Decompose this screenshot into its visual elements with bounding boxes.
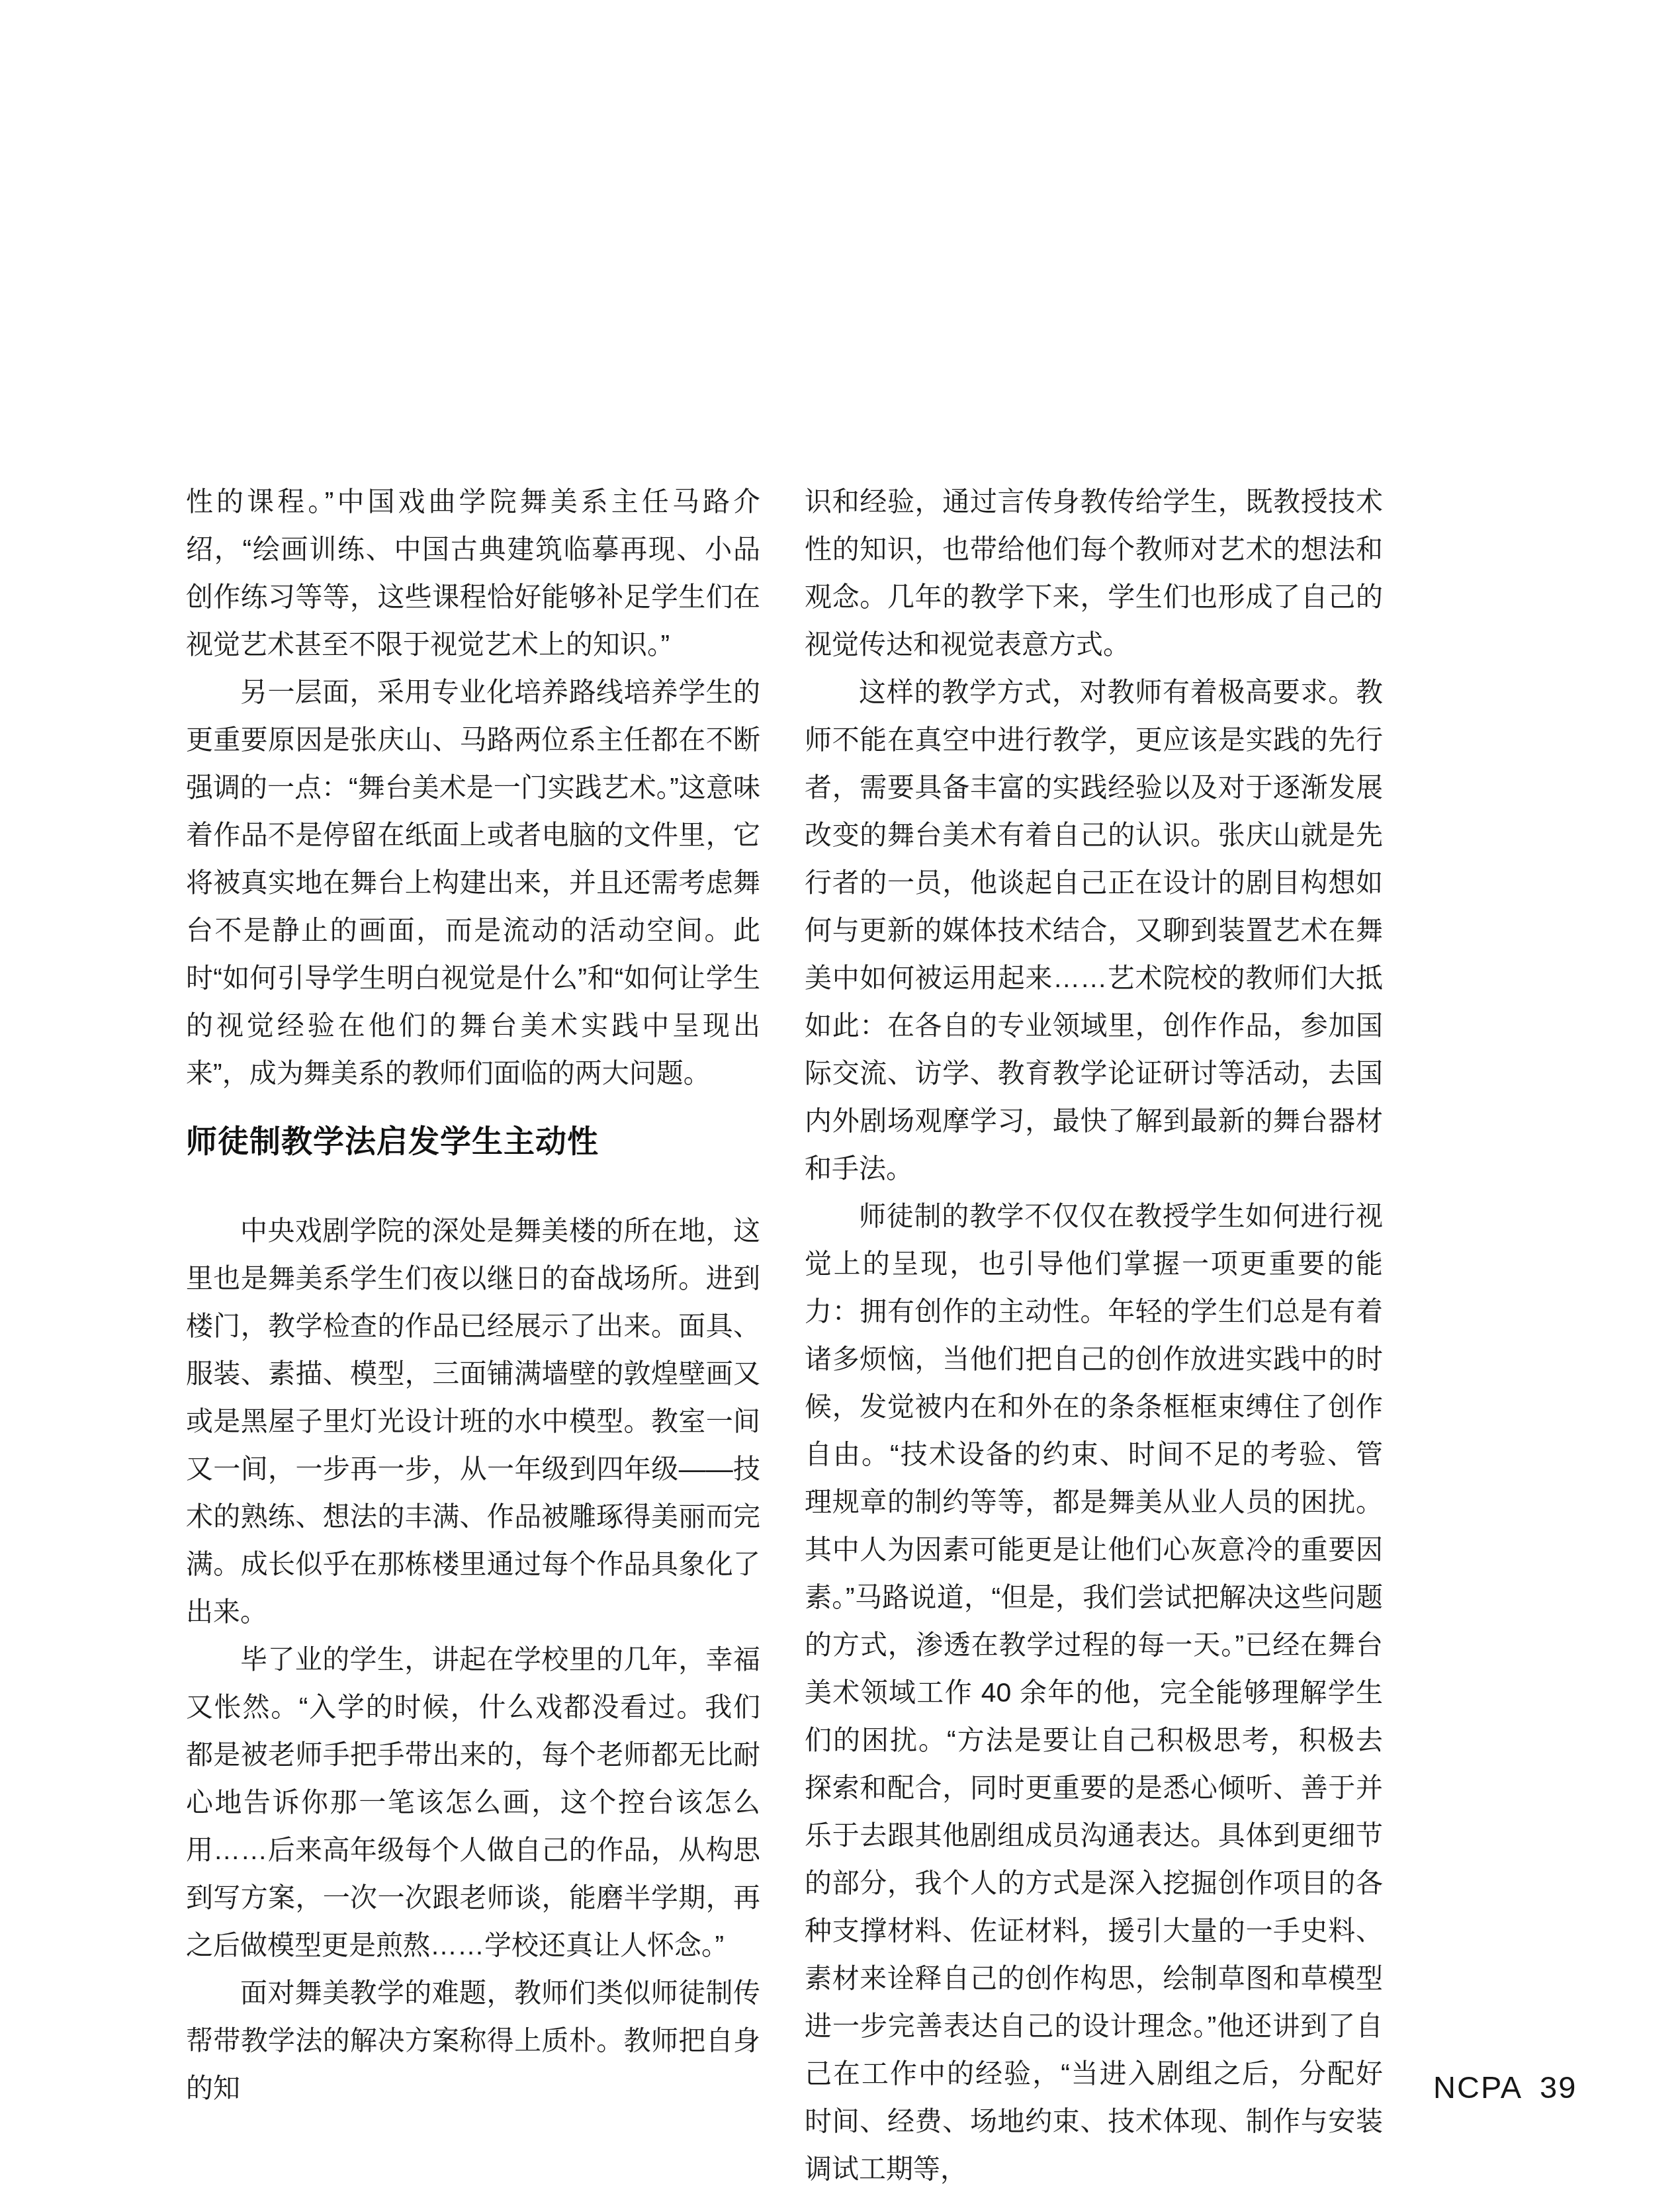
paragraph: 师徒制的教学不仅仅在教授学生如何进行视觉上的呈现，也引导他们掌握一项更重要的能力…: [805, 1192, 1383, 2188]
left-text-column: 性的课程。”中国戏曲学院舞美系主任马路介绍，“绘画训练、中国古典建筑临摹再现、小…: [186, 478, 760, 2112]
paragraph-continuation: 识和经验，通过言传身教传给学生，既教授技术性的知识，也带给他们每个教师对艺术的想…: [805, 478, 1383, 668]
journal-name: NCPA: [1433, 2070, 1523, 2105]
section-heading: 师徒制教学法启发学生主动性: [186, 1116, 760, 1167]
paragraph: 另一层面，采用专业化培养路线培养学生的更重要原因是张庆山、马路两位系主任都在不断…: [186, 668, 760, 1097]
page-number: 39: [1540, 2070, 1577, 2105]
page-footer: NCPA39: [1433, 2071, 1577, 2104]
paragraph: 毕了业的学生，讲起在学校里的几年，幸福又怅然。“入学的时候，什么戏都没看过。我们…: [186, 1636, 760, 1969]
paragraph: 这样的教学方式，对教师有着极高要求。教师不能在真空中进行教学，更应该是实践的先行…: [805, 668, 1383, 1192]
paragraph-continuation: 性的课程。”中国戏曲学院舞美系主任马路介绍，“绘画训练、中国古典建筑临摹再现、小…: [186, 478, 760, 668]
magazine-article-page: 性的课程。”中国戏曲学院舞美系主任马路介绍，“绘画训练、中国古典建筑临摹再现、小…: [0, 0, 1680, 2188]
paragraph: 面对舞美教学的难题，教师们类似师徒制传帮带教学法的解决方案称得上质朴。教师把自身…: [186, 1969, 760, 2112]
paragraph: 中央戏剧学院的深处是舞美楼的所在地，这里也是舞美系学生们夜以继日的奋战场所。进到…: [186, 1207, 760, 1636]
right-text-column: 识和经验，通过言传身教传给学生，既教授技术性的知识，也带给他们每个教师对艺术的想…: [805, 478, 1383, 2188]
